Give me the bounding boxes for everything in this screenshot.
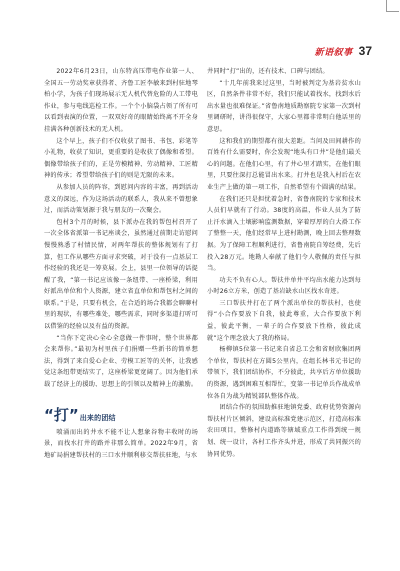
paragraph: 功夫不负有心人。帮扶井单井平均出水能力达到每小时26立方米，创造了基岩缺水山区找…: [207, 275, 361, 298]
paragraph: “当你下定决心全心全意做一件事时，整个世界都会来帮你。”最初为村里孩子们捐赠一些…: [44, 333, 198, 391]
page-number: 37: [359, 44, 372, 58]
paragraph: 这和我们的期望都有很大差距。当问及田间耕作的百姓有什么需要时，你会发现“地头有口…: [207, 136, 361, 194]
paragraph: 在我们还只是担忧着急时，省鲁南院的专家和技术人员们早就有了行动。38度的高温，作…: [207, 194, 361, 275]
left-column: 2022年6月23日，山东特高压带电作业第一人、全国五一劳动奖章获得者、齐鲁工匠…: [44, 66, 198, 461]
paragraph: 喷涌而出的井水不能不让人想象谷物丰收时的场景，而找水打井的路并非那么简单。202…: [44, 427, 198, 462]
paragraph-continuation: 井同时“打”出的，还有技术、口碑与团结。: [207, 66, 361, 78]
section-subheading: “打” 出来的团结: [44, 407, 198, 423]
paragraph: 2022年6月23日，山东特高压带电作业第一人、全国五一劳动奖章获得者、齐鲁工匠…: [44, 66, 198, 136]
section-tag: 新语叙事: [315, 45, 353, 58]
right-column: 井同时“打”出的，还有技术、口碑与团结。 “十几年前我来过这里，当时被判定为基岩…: [207, 66, 361, 460]
paragraph: 这个早上，孩子们不仅收获了图书、书包、彩笔等小礼物，收获了知识，更重要的是收获了…: [44, 136, 198, 182]
paragraph: 三口帮扶井打在了两个派出单位的帮扶村，也使得“小合作要放下自我，彼此尊重，大合作…: [207, 298, 361, 344]
paragraph: “十几年前我来过这里，当时被判定为基岩贫水山区，自然条件非常不好，我们只能试着找…: [207, 78, 361, 136]
subheading-keyword: “打”: [44, 407, 79, 423]
page-header: 新语叙事 37: [315, 44, 372, 58]
paragraph: 包村3个月的时候，县下派办在我的帮包村召开了一次全体省派第一书记座谈会，虽然通过…: [44, 217, 198, 333]
paragraph: 杨柳镇5位第一书记来自省总工会和省财欣集团两个单位，帮扶村在方圆5公里内，在组长…: [207, 344, 361, 402]
crop-mark: [386, 0, 399, 12]
subheading-text: 出来的团结: [80, 413, 116, 423]
paragraph: 从参加人员的阵容，到慰问内容的丰富，再到活动意义的深远，作为这场活动的联系人，我…: [44, 182, 198, 217]
paragraph: 团结合作的氛围助推驻地镇党委、政府优势资源向帮扶村片区倾斜，建设高标准党建示范区…: [207, 402, 361, 460]
